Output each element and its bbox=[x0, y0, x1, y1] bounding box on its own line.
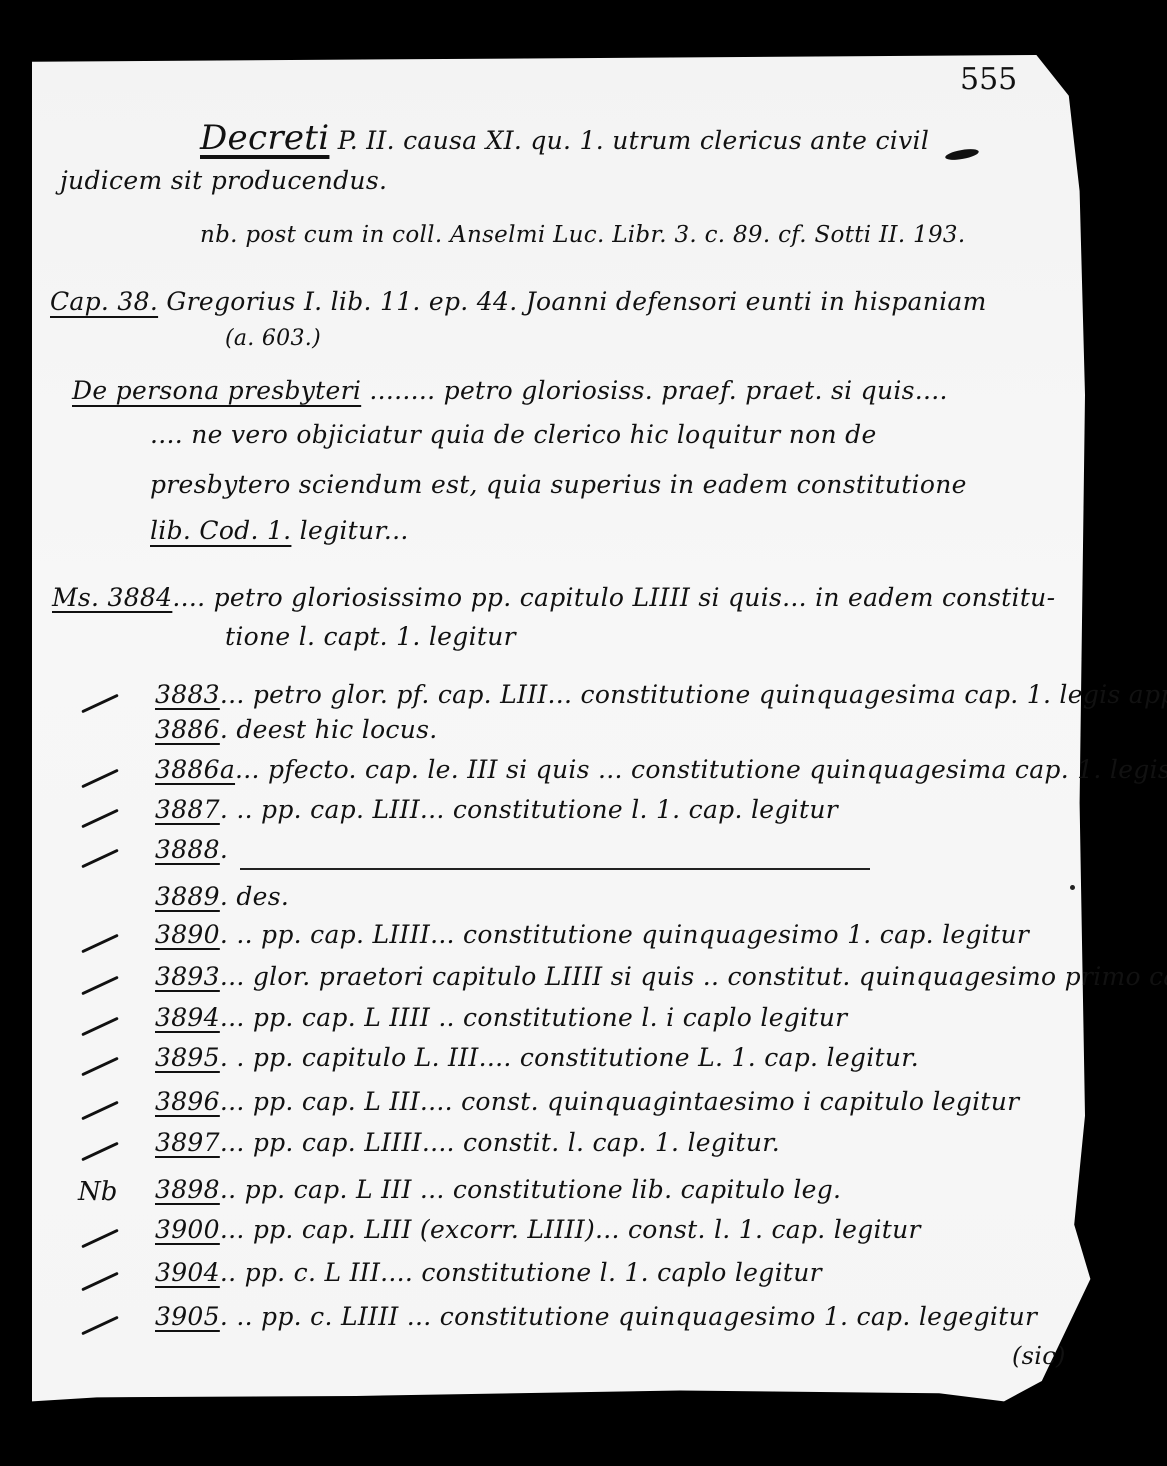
ink-dot bbox=[1070, 885, 1075, 890]
entry-text: ... pfecto. cap. le. III si quis ... con… bbox=[235, 755, 1167, 784]
entry-number: 3904 bbox=[155, 1258, 220, 1287]
ms-entry-line-2: tione l. capt. 1. legitur bbox=[225, 622, 516, 651]
entry-text: . .. pp. cap. LIIII... constitutione qui… bbox=[220, 920, 1029, 949]
ms-entry-label: Ms. 3884 bbox=[52, 583, 172, 612]
de-persona-line-3: presbytero sciendum est, quia superius i… bbox=[150, 470, 967, 499]
heading-title-word: Decreti bbox=[200, 118, 329, 158]
final-note: (sic) bbox=[1012, 1342, 1066, 1370]
entry-row: 3896... pp. cap. L III.... const. quinqu… bbox=[155, 1087, 1019, 1116]
entry-text: .. pp. cap. L III ... constitutione lib.… bbox=[220, 1175, 841, 1204]
heading-continuation: judicem sit producendus. bbox=[60, 166, 387, 195]
entry-row: 3900... pp. cap. LIII (excorr. LIIII)...… bbox=[155, 1215, 921, 1244]
entry-row: 3888. bbox=[155, 835, 228, 864]
de-persona-label: De persona presbyteri bbox=[72, 376, 361, 405]
entry-number: 3900 bbox=[155, 1215, 220, 1244]
entry-number: 3898 bbox=[155, 1175, 220, 1204]
cap-date: (a. 603.) bbox=[225, 326, 321, 351]
de-persona-ref: lib. Cod. 1. bbox=[150, 516, 291, 545]
entry-number: 3888 bbox=[155, 835, 220, 864]
entry-row: 3886a... pfecto. cap. le. III si quis ..… bbox=[155, 755, 1167, 784]
entry-row: 3889. des. bbox=[155, 882, 289, 911]
entry-row: 3898.. pp. cap. L III ... constitutione … bbox=[155, 1175, 841, 1204]
cap-label: Cap. 38. bbox=[50, 287, 158, 316]
entry-text: . . pp. capitulo L. III.... constitution… bbox=[220, 1043, 919, 1072]
blank-rule bbox=[240, 868, 870, 870]
ms-entry-line-1: Ms. 3884.... petro gloriosissimo pp. cap… bbox=[52, 583, 1055, 612]
entry-number: 3886 bbox=[155, 715, 220, 744]
entry-number: 3896 bbox=[155, 1087, 220, 1116]
de-persona-line-1-rest: ........ petro gloriosiss. praef. praet.… bbox=[369, 376, 947, 405]
entry-row: 3890. .. pp. cap. LIIII... constitutione… bbox=[155, 920, 1029, 949]
heading-line: Decreti P. II. causa XI. qu. 1. utrum cl… bbox=[200, 118, 929, 158]
entry-text: ... pp. cap. LIIII.... constit. l. cap. … bbox=[220, 1128, 780, 1157]
entry-number: 3905 bbox=[155, 1302, 220, 1331]
entry-row: 3897... pp. cap. LIIII.... constit. l. c… bbox=[155, 1128, 780, 1157]
entry-text: ... glor. praetori capitulo LIIII si qui… bbox=[220, 962, 1167, 991]
entry-number: 3893 bbox=[155, 962, 220, 991]
entry-text: . des. bbox=[220, 882, 289, 911]
entry-text: .. pp. c. L III.... constitutione l. 1. … bbox=[220, 1258, 822, 1287]
entry-number: 3883 bbox=[155, 680, 220, 709]
heading-rest: P. II. causa XI. qu. 1. utrum clericus a… bbox=[338, 126, 929, 155]
entry-text: ... pp. cap. L III.... const. quinquagin… bbox=[220, 1087, 1020, 1116]
entry-number: 3894 bbox=[155, 1003, 220, 1032]
margin-note: Nb bbox=[78, 1177, 117, 1207]
cap-text: Gregorius I. lib. 11. ep. 44. Joanni def… bbox=[166, 287, 986, 316]
entry-row: 3895. . pp. capitulo L. III.... constitu… bbox=[155, 1043, 919, 1072]
entry-text: . .. pp. c. LIIII ... constitutione quin… bbox=[220, 1302, 1037, 1331]
entry-row: 3887. .. pp. cap. LIII... constitutione … bbox=[155, 795, 838, 824]
entry-number: 3897 bbox=[155, 1128, 220, 1157]
entry-text: ... pp. cap. LIII (excorr. LIIII)... con… bbox=[220, 1215, 921, 1244]
entry-row: 3904.. pp. c. L III.... constitutione l.… bbox=[155, 1258, 822, 1287]
entry-number: 3895 bbox=[155, 1043, 220, 1072]
entry-row: 3894... pp. cap. L IIII .. constitutione… bbox=[155, 1003, 847, 1032]
ms-entry-line-1-text: .... petro gloriosissimo pp. capitulo LI… bbox=[172, 583, 1055, 612]
de-persona-line-1: De persona presbyteri ........ petro glo… bbox=[72, 376, 948, 405]
entry-row: 3886. deest hic locus. bbox=[155, 715, 438, 744]
entry-row: 3905. .. pp. c. LIIII ... constitutione … bbox=[155, 1302, 1037, 1331]
note-line: nb. post cum in coll. Anselmi Luc. Libr.… bbox=[200, 222, 965, 248]
entry-text: . .. pp. cap. LIII... constitutione l. 1… bbox=[220, 795, 838, 824]
de-persona-line-2: .... ne vero objiciatur quia de clerico … bbox=[150, 420, 877, 449]
de-persona-line-4: lib. Cod. 1. legitur... bbox=[150, 516, 409, 545]
entry-text: ... pp. cap. L IIII .. constitutione l. … bbox=[220, 1003, 848, 1032]
entry-text: ... petro glor. pf. cap. LIII... constit… bbox=[220, 680, 1167, 709]
entry-text: . bbox=[220, 835, 228, 864]
entry-number: 3889 bbox=[155, 882, 220, 911]
entry-number: 3887 bbox=[155, 795, 220, 824]
entry-number: 3886a bbox=[155, 755, 235, 784]
entry-row: 3893... glor. praetori capitulo LIIII si… bbox=[155, 962, 1167, 991]
entry-number: 3890 bbox=[155, 920, 220, 949]
entry-row: 3883... petro glor. pf. cap. LIII... con… bbox=[155, 680, 1167, 709]
cap-line: Cap. 38. Gregorius I. lib. 11. ep. 44. J… bbox=[50, 287, 987, 316]
page-number: 555 bbox=[960, 62, 1017, 97]
de-persona-line-4-rest: legitur... bbox=[300, 516, 409, 545]
entry-text: . deest hic locus. bbox=[220, 715, 438, 744]
